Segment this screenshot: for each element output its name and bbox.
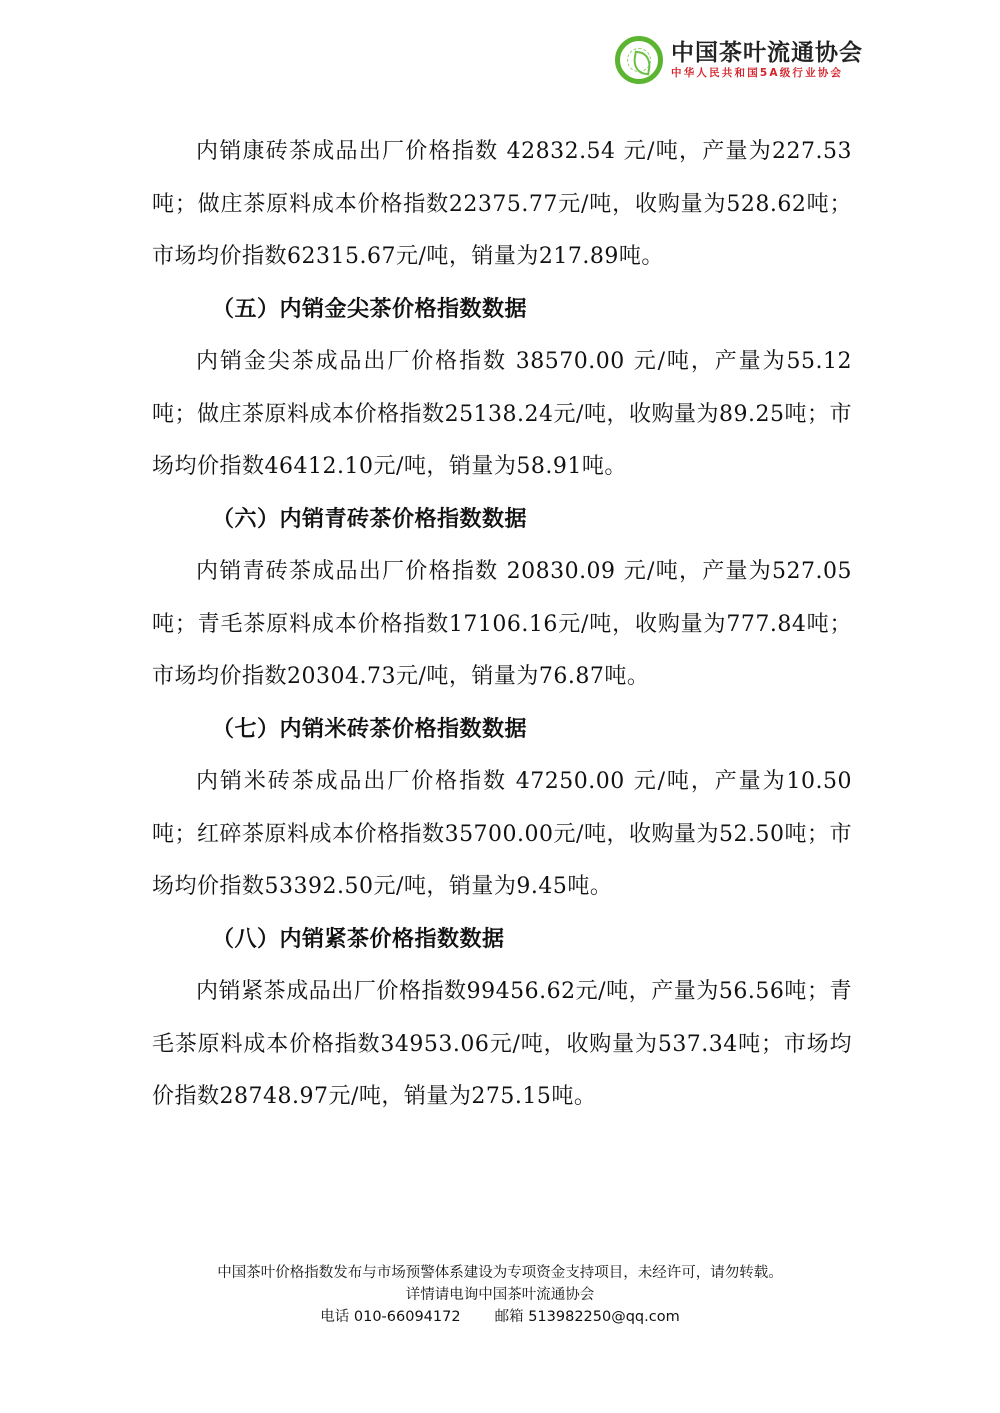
paragraph-mizhuan: 内销米砖茶成品出厂价格指数 47250.00 元/吨，产量为10.50吨；红碎茶…: [152, 756, 852, 914]
heading-jinjian: （五）内销金尖茶价格指数数据: [152, 284, 852, 337]
phone-number: 电话 010-66094172: [320, 1309, 460, 1325]
contact-note: 详情请电询中国茶叶流通协会: [0, 1284, 1000, 1306]
paragraph-qingzhuan: 内销青砖茶成品出厂价格指数 20830.09 元/吨，产量为527.05吨；青毛…: [152, 546, 852, 704]
association-logo: 中国茶叶流通协会 中华人民共和国5A级行业协会: [615, 36, 863, 84]
section-mizhuan: （七）内销米砖茶价格指数数据 内销米砖茶成品出厂价格指数 47250.00 元/…: [152, 704, 852, 914]
paragraph-jinjian: 内销金尖茶成品出厂价格指数 38570.00 元/吨，产量为55.12吨；做庄茶…: [152, 336, 852, 494]
section-qingzhuan: （六）内销青砖茶价格指数数据 内销青砖茶成品出厂价格指数 20830.09 元/…: [152, 494, 852, 704]
contact-info: 电话 010-66094172邮箱 513982250@qq.com: [0, 1306, 1000, 1328]
logo-text: 中国茶叶流通协会 中华人民共和国5A级行业协会: [671, 40, 863, 80]
section-jinjian: （五）内销金尖茶价格指数数据 内销金尖茶成品出厂价格指数 38570.00 元/…: [152, 284, 852, 494]
heading-mizhuan: （七）内销米砖茶价格指数数据: [152, 704, 852, 757]
heading-jincha: （八）内销紧茶价格指数数据: [152, 914, 852, 967]
section-kangzhuan: 内销康砖茶成品出厂价格指数 42832.54 元/吨，产量为227.53吨；做庄…: [152, 126, 852, 284]
document-body: 内销康砖茶成品出厂价格指数 42832.54 元/吨，产量为227.53吨；做庄…: [152, 126, 852, 1124]
logo-title: 中国茶叶流通协会: [671, 40, 863, 66]
tea-leaf-emblem-icon: [615, 36, 663, 84]
paragraph-jincha: 内销紧茶成品出厂价格指数99456.62元/吨，产量为56.56吨；青毛茶原料成…: [152, 966, 852, 1124]
copyright-notice: 中国茶叶价格指数发布与市场预警体系建设为专项资金支持项目，未经许可，请勿转载。: [0, 1262, 1000, 1284]
leaf-icon: [631, 51, 653, 76]
page-footer: 中国茶叶价格指数发布与市场预警体系建设为专项资金支持项目，未经许可，请勿转载。 …: [0, 1262, 1000, 1328]
heading-qingzhuan: （六）内销青砖茶价格指数数据: [152, 494, 852, 547]
logo-subtitle: 中华人民共和国5A级行业协会: [671, 66, 863, 80]
paragraph-kangzhuan: 内销康砖茶成品出厂价格指数 42832.54 元/吨，产量为227.53吨；做庄…: [152, 126, 852, 284]
email-address: 邮箱 513982250@qq.com: [495, 1309, 680, 1325]
section-jincha: （八）内销紧茶价格指数数据 内销紧茶成品出厂价格指数99456.62元/吨，产量…: [152, 914, 852, 1124]
